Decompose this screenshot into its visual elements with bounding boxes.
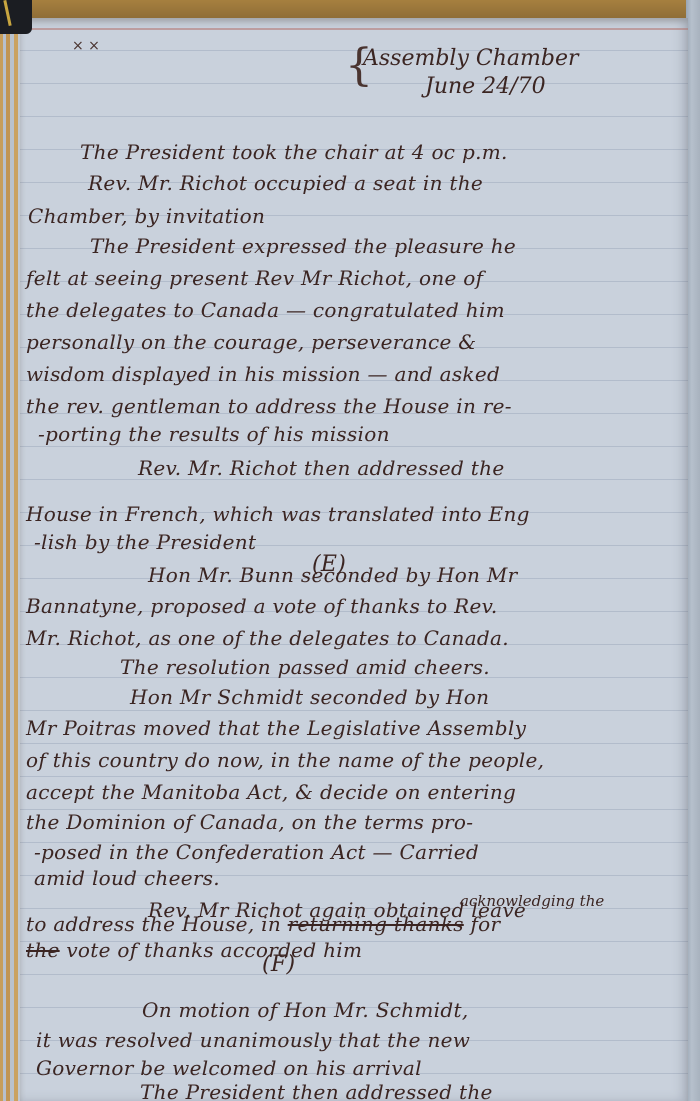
margin-marks: × × <box>72 38 100 54</box>
manuscript-line: The President then addressed the <box>140 1080 493 1101</box>
manuscript-line: The President expressed the pleasure he <box>90 234 516 258</box>
struck-text: the <box>26 938 60 962</box>
manuscript-line: Chamber, by invitation <box>28 204 265 228</box>
manuscript-line-corrected: to address the House, in returning thank… <box>26 912 500 936</box>
manuscript-line: Mr Poitras moved that the Legislative As… <box>26 716 526 740</box>
binder-clip <box>0 0 32 34</box>
manuscript-line-corrected: the vote of thanks accorded him <box>26 938 362 962</box>
interlinear-insertion: acknowledging the <box>460 892 604 910</box>
manuscript-line: the delegates to Canada — congratulated … <box>26 298 505 322</box>
manuscript-line: accept the Manitoba Act, & decide on ent… <box>26 780 516 804</box>
heading-date: June 24/70 <box>425 74 546 99</box>
manuscript-line: wisdom displayed in his mission — and as… <box>26 362 500 386</box>
manuscript-line: Rev. Mr. Richot occupied a seat in the <box>88 171 483 195</box>
manuscript-line: amid loud cheers. <box>34 866 220 890</box>
manuscript-line: The resolution passed amid cheers. <box>120 655 490 679</box>
manuscript-line: Rev. Mr. Richot then addressed the <box>138 456 504 480</box>
manuscript-line: the Dominion of Canada, on the terms pro… <box>26 810 473 834</box>
manuscript-line: -lish by the President <box>34 530 256 554</box>
manuscript-line: Governor be welcomed on his arrival <box>36 1056 422 1080</box>
manuscript-line: The President took the chair at 4 oc p.m… <box>80 140 508 164</box>
manuscript-line: Hon Mr Schmidt seconded by Hon <box>130 685 489 709</box>
manuscript-line: Bannatyne, proposed a vote of thanks to … <box>26 594 498 618</box>
manuscript-line: of this country do now, in the name of t… <box>26 748 544 772</box>
manuscript-line: personally on the courage, perseverance … <box>26 330 476 354</box>
manuscript-line: Hon Mr. Bunn seconded by Hon Mr <box>148 563 518 587</box>
manuscript-line: On motion of Hon Mr. Schmidt, <box>142 998 468 1022</box>
manuscript-line: Mr. Richot, as one of the delegates to C… <box>26 626 509 650</box>
manuscript-line: felt at seeing present Rev Mr Richot, on… <box>26 266 483 290</box>
page-stack-edge <box>0 30 20 1101</box>
manuscript-line: the rev. gentleman to address the House … <box>26 394 512 418</box>
facing-page-edge <box>686 0 700 1101</box>
correction-after: for <box>464 912 501 936</box>
heading-place: Assembly Chamber <box>363 46 579 71</box>
struck-text: returning thanks <box>288 912 464 936</box>
correction-before: to address the House, in <box>26 912 288 936</box>
manuscript-line: House in French, which was translated in… <box>26 502 530 526</box>
manuscript-page: × × { Assembly Chamber June 24/70 The Pr… <box>20 18 688 1101</box>
manuscript-line: -posed in the Confederation Act — Carrie… <box>34 840 479 864</box>
manuscript-line: -porting the results of his mission <box>38 422 390 446</box>
manuscript-line: it was resolved unanimously that the new <box>36 1028 470 1052</box>
page-top-rule <box>20 28 688 30</box>
section-marker-f: (F) <box>262 952 295 977</box>
correction-line: vote of thanks accorded him <box>60 938 363 962</box>
